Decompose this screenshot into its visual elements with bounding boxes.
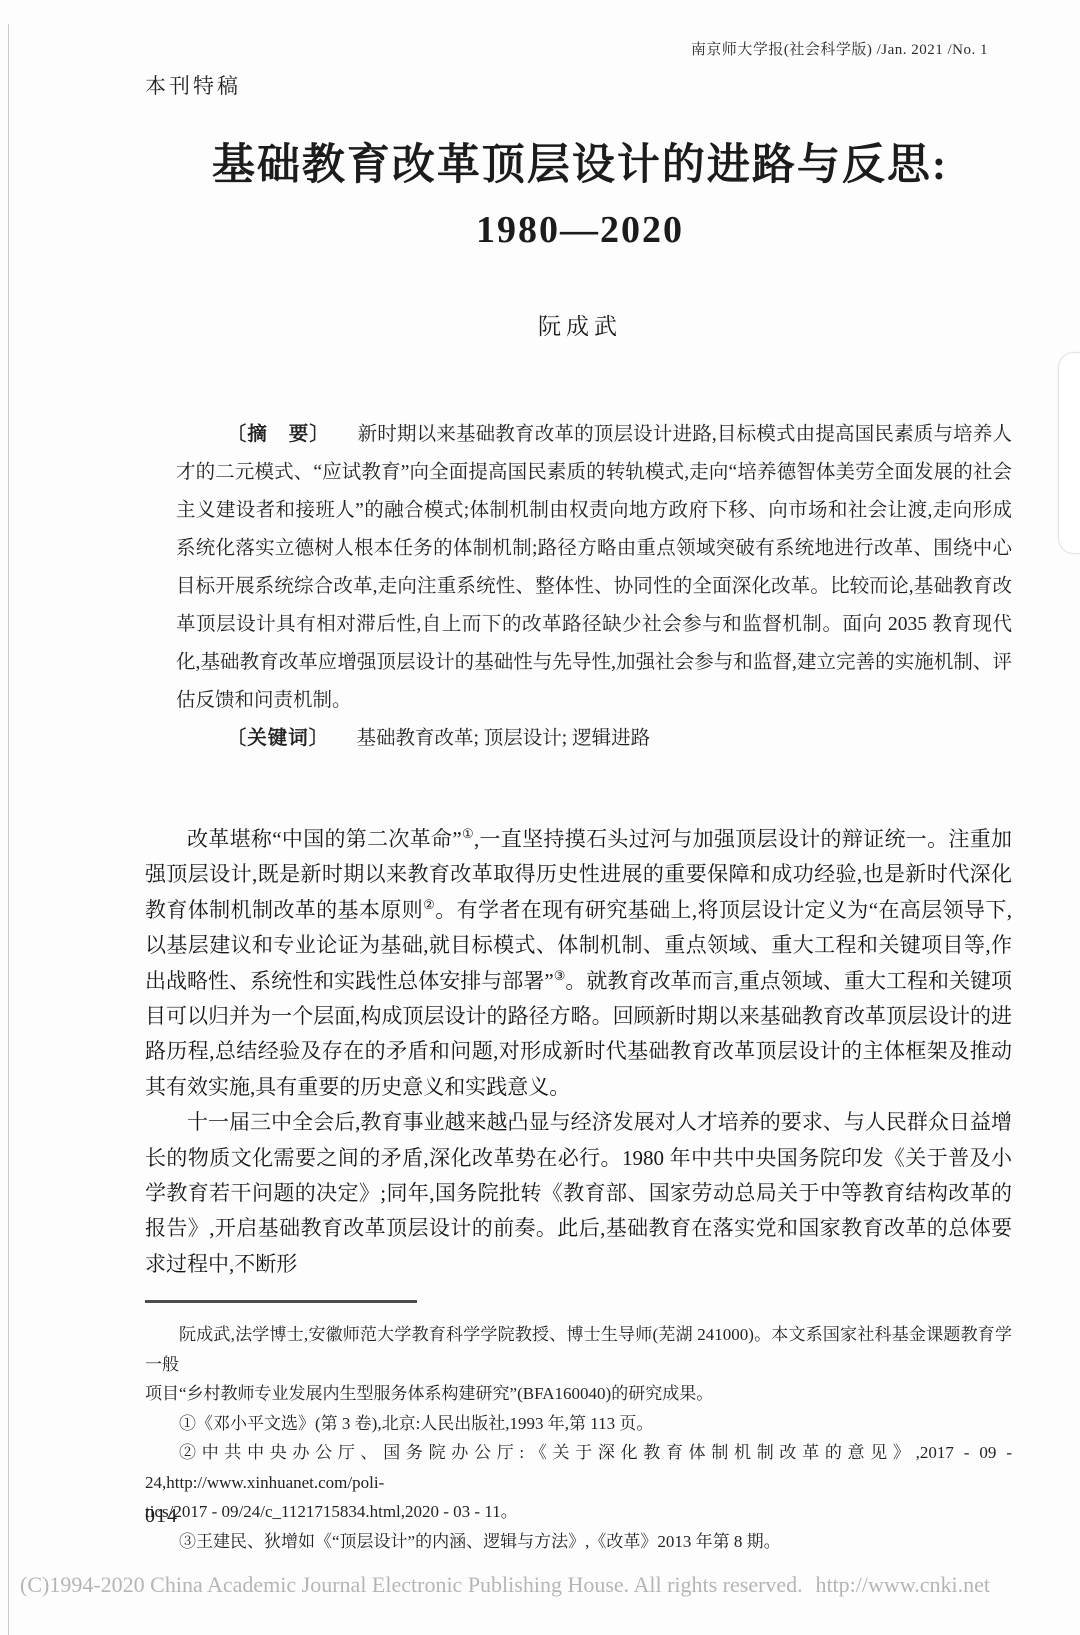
- keywords-label: 〔关键词〕: [227, 728, 330, 749]
- journal-page: { "page": { "journal_header": "南京师大学报(社会…: [0, 0, 1080, 1635]
- keywords-line: 〔关键词〕基础教育改革; 顶层设计; 逻辑进路: [176, 720, 1012, 758]
- body-paragraph-2: 十一届三中全会后,教育事业越来越凸显与经济发展对人才培养的要求、与人民群众日益增…: [145, 1105, 1012, 1282]
- scrollbar-handle[interactable]: [1058, 352, 1080, 554]
- abstract-label: 〔摘 要〕: [227, 424, 330, 445]
- page-number: 014: [145, 1505, 178, 1528]
- footnote-3: ③王建民、狄增如《“顶层设计”的内涵、逻辑与方法》,《改革》2013 年第 8 …: [145, 1527, 1012, 1557]
- article-title-line1: 基础教育改革顶层设计的进路与反思:: [110, 138, 1050, 194]
- journal-header: 南京师大学报(社会科学版) /Jan. 2021 /No. 1: [691, 38, 988, 59]
- footnote-2-line2: tics/2017 - 09/24/c_1121715834.html,2020…: [145, 1497, 1012, 1527]
- article-title-line2: 1980—2020: [110, 208, 1050, 252]
- article-title: 基础教育改革顶层设计的进路与反思: 1980—2020: [110, 138, 1050, 252]
- author-name: 阮成武: [110, 308, 1050, 341]
- keywords-text: 基础教育改革; 顶层设计; 逻辑进路: [357, 728, 651, 749]
- abstract-block: 〔摘 要〕新时期以来基础教育改革的顶层设计进路,目标模式由提高国民素质与培养人才…: [176, 416, 1012, 758]
- footnotes-block: 阮成武,法学博士,安徽师范大学教育科学学院教授、博士生导师(芜湖 241000)…: [145, 1320, 1012, 1556]
- footnote-author-bio-line1: 阮成武,法学博士,安徽师范大学教育科学学院教授、博士生导师(芜湖 241000)…: [145, 1320, 1012, 1379]
- abstract-text: 新时期以来基础教育改革的顶层设计进路,目标模式由提高国民素质与培养人才的二元模式…: [176, 424, 1012, 711]
- copyright-text: (C)1994-2020 China Academic Journal Elec…: [20, 1572, 803, 1598]
- abstract-paragraph: 〔摘 要〕新时期以来基础教育改革的顶层设计进路,目标模式由提高国民素质与培养人才…: [176, 416, 1012, 720]
- footnote-separator-rule: [145, 1300, 417, 1303]
- column-label: 本刊特稿: [145, 70, 241, 100]
- footnote-2-line1: ②中共中央办公厅、国务院办公厅:《关于深化教育体制机制改革的意见》,2017 -…: [145, 1438, 1012, 1497]
- cnki-watermark: (C)1994-2020 China Academic Journal Elec…: [20, 1572, 990, 1598]
- page-left-edge-line: [8, 24, 9, 1635]
- footnote-1: ①《邓小平文选》(第 3 卷),北京:人民出版社,1993 年,第 113 页。: [145, 1409, 1012, 1439]
- cnki-url: http://www.cnki.net: [815, 1572, 990, 1598]
- body-paragraph-1: 改革堪称“中国的第二次革命”①,一直坚持摸石头过河与加强顶层设计的辩证统一。注重…: [145, 822, 1012, 1105]
- article-body: 改革堪称“中国的第二次革命”①,一直坚持摸石头过河与加强顶层设计的辩证统一。注重…: [145, 822, 1012, 1282]
- footnote-author-bio-line2: 项目“乡村教师专业发展内生型服务体系构建研究”(BFA160040)的研究成果。: [145, 1379, 1012, 1409]
